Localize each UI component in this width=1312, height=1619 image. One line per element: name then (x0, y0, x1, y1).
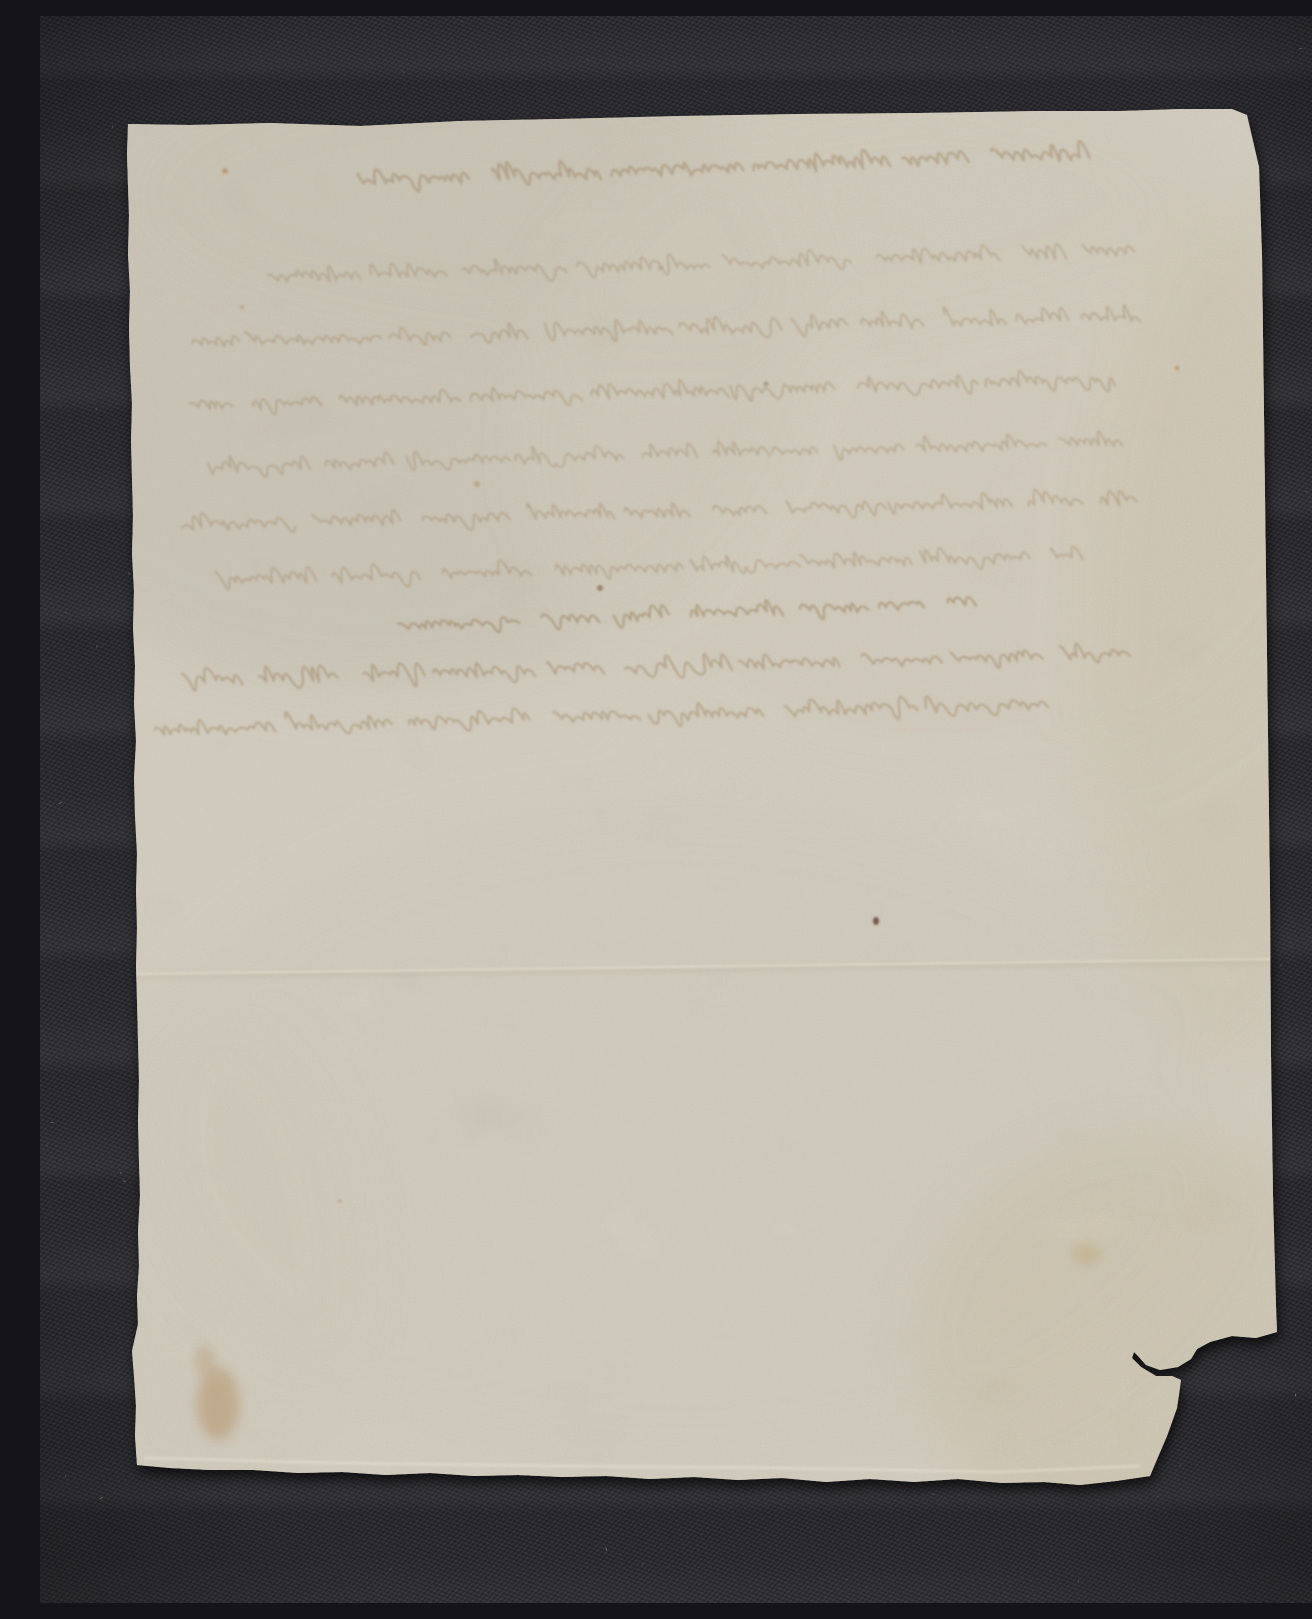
stain-spot (197, 1368, 239, 1440)
stain-spot (597, 585, 603, 591)
paper-sheet (40, 16, 1312, 1603)
stain-spot (764, 382, 769, 387)
stain-spot (658, 266, 662, 270)
stain-spot (194, 1346, 216, 1376)
stain-spot (873, 917, 879, 925)
stain-spot (1072, 1243, 1102, 1265)
stain-spot (474, 481, 480, 487)
scanned-document-canvas (40, 16, 1312, 1603)
archival-photo: Archival photograph: verso (blank back s… (40, 16, 1312, 1603)
stain-spot (338, 1199, 342, 1203)
stain-spot (222, 168, 228, 174)
stain-spot (1175, 366, 1180, 371)
paper-grain (40, 16, 1312, 1603)
stain-spot (240, 305, 244, 309)
